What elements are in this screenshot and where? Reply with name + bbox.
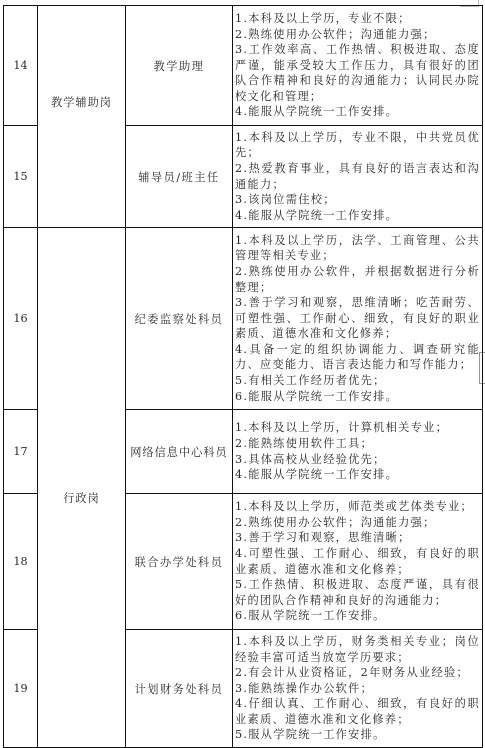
requirement-item: 3.善于学习和观察，思维清晰； — [235, 530, 480, 546]
requirement-item: 5.服从学院统一工作安排。 — [235, 727, 480, 743]
requirement-item: 4.可塑性强、工作耐心、细致，有良好的职业素质、道德水准和文化修养； — [235, 546, 480, 577]
position-name: 网络信息中心科员 — [126, 410, 233, 494]
requirement-item: 6.服从学院统一工作安排。 — [235, 608, 480, 624]
requirement-item: 4.具备一定的组织协调能力、调查研究能力、应变能力、语言表达能力和写作能力； — [235, 342, 480, 373]
requirement-item: 1.本科及以上学历，专业不限，中共党员优先； — [235, 130, 480, 161]
requirement-item: 1.本科及以上学历，财务类相关专业；岗位经验丰富可适当放宽学历要求； — [235, 634, 480, 665]
requirement-item: 3.善于学习和观察，思维清晰；吃苦耐劳、可塑性强、工作耐心、细致，有良好的职业素… — [235, 295, 480, 342]
requirement-item: 2.熟练使用办公软件；沟通能力强； — [235, 515, 480, 531]
position-name: 教学助理 — [126, 6, 233, 126]
row-number: 15 — [4, 126, 38, 228]
row-number: 18 — [4, 494, 38, 630]
requirement-item: 2.熟练使用办公软件；沟通能力强； — [235, 27, 480, 43]
table-row: 16 行政岗 纪委监察处科员 1.本科及以上学历，法学、工商管理、公共管理等相关… — [4, 228, 483, 410]
requirement-item: 4.能服从学院统一工作安排。 — [235, 208, 480, 224]
position-name: 联合办学处科员 — [126, 494, 233, 630]
category-cell: 行政岗 — [38, 228, 126, 748]
requirement-item: 1.本科及以上学历，法学、工商管理、公共管理等相关专业； — [235, 233, 480, 264]
row-number: 16 — [4, 228, 38, 410]
requirement-item: 5.工作热情、积极进取、态度严谨，具有很好的团队合作精神和良好的沟通能力； — [235, 577, 480, 608]
requirements-cell: 1.本科及以上学历，专业不限，中共党员优先； 2.热爱教育事业，具有良好的语言表… — [233, 126, 483, 228]
row-number: 17 — [4, 410, 38, 494]
position-name: 辅导员/班主任 — [126, 126, 233, 228]
requirements-cell: 1.本科及以上学历，专业不限； 2.熟练使用办公软件；沟通能力强； 3.工作效率… — [233, 6, 483, 126]
requirement-item: 5.有相关工作经历者优先； — [235, 373, 480, 389]
requirement-item: 1.本科及以上学历，专业不限； — [235, 11, 480, 27]
requirement-item: 2.熟练使用办公软件，并根据数据进行分析整理； — [235, 264, 480, 295]
requirement-item: 4.能服从学院统一工作安排。 — [235, 104, 480, 120]
requirement-item: 3.具体高校从业经验优先； — [235, 452, 480, 468]
requirement-item: 1.本科及以上学历，师范类或艺体类专业； — [235, 499, 480, 515]
category-cell: 教学辅助岗 — [38, 6, 126, 228]
position-name: 计划财务处科员 — [126, 630, 233, 748]
table-row: 14 教学辅助岗 教学助理 1.本科及以上学历，专业不限； 2.熟练使用办公软件… — [4, 6, 483, 126]
requirement-item: 2.能熟练使用软件工具； — [235, 436, 480, 452]
requirements-cell: 1.本科及以上学历，师范类或艺体类专业； 2.熟练使用办公软件；沟通能力强； 3… — [233, 494, 483, 630]
position-name: 纪委监察处科员 — [126, 228, 233, 410]
requirement-item: 6.能服从学院统一工作安排。 — [235, 389, 480, 405]
requirement-item: 1.本科及以上学历，计算机相关专业； — [235, 420, 480, 436]
requirement-item: 2.有会计从业资格证，2年财务从业经验； — [235, 665, 480, 681]
requirement-item: 3.能熟练操作办公软件； — [235, 681, 480, 697]
requirements-cell: 1.本科及以上学历，计算机相关专业； 2.能熟练使用软件工具； 3.具体高校从业… — [233, 410, 483, 494]
row-number: 14 — [4, 6, 38, 126]
requirement-item: 4.能服从学院统一工作安排。 — [235, 467, 480, 483]
requirements-cell: 1.本科及以上学历，法学、工商管理、公共管理等相关专业； 2.熟练使用办公软件，… — [233, 228, 483, 410]
requirement-item: 3.该岗位需住校； — [235, 192, 480, 208]
requirement-item: 4.仔细认真、工作耐心、细致，有良好的职业素质、道德水准和文化修养； — [235, 696, 480, 727]
requirement-item: 3.工作效率高、工作热情、积极进取、态度严谨，能承受较大工作压力，具有很好的团队… — [235, 42, 480, 104]
category-label: 行政岗 — [38, 490, 125, 506]
requirement-item: 2.热爱教育事业，具有良好的语言表达和沟通能力； — [235, 161, 480, 192]
job-requirements-table: 14 教学辅助岗 教学助理 1.本科及以上学历，专业不限； 2.熟练使用办公软件… — [3, 5, 483, 748]
row-number: 19 — [4, 630, 38, 748]
requirements-cell: 1.本科及以上学历，财务类相关专业；岗位经验丰富可适当放宽学历要求； 2.有会计… — [233, 630, 483, 748]
category-label: 教学辅助岗 — [38, 94, 125, 110]
